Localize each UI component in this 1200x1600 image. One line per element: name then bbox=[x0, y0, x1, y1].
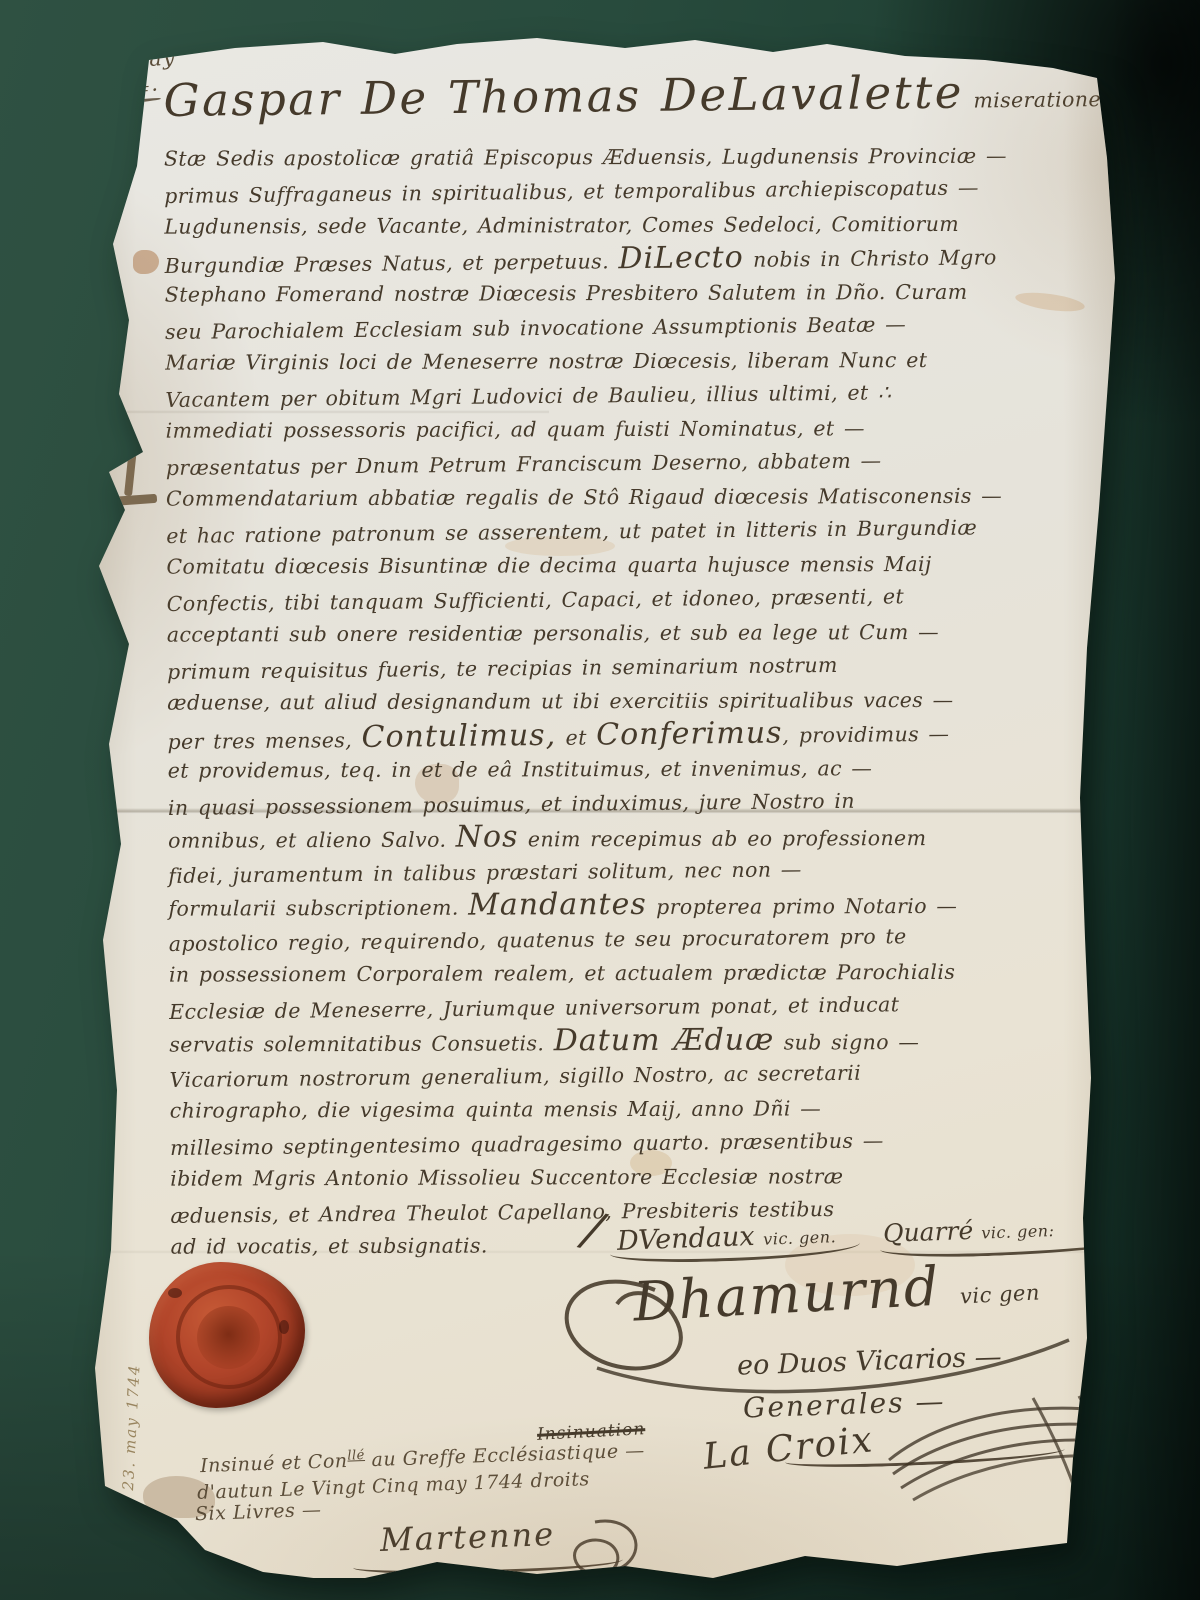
manuscript-text: seu Parochialem Ecclesiam sub invocation… bbox=[165, 312, 906, 344]
manuscript-text: immediati possessoris pacifici, ad quam … bbox=[166, 416, 865, 442]
manuscript-text: Lugdunensis, sede Vacante, Administrator… bbox=[164, 212, 959, 239]
manuscript-text: formularii subscriptionem. bbox=[168, 896, 468, 921]
manuscript-text: omnibus, et alieno Salvo. bbox=[168, 828, 456, 853]
registry-line1-pre: Insinué et Con bbox=[200, 1450, 348, 1477]
signature-duos-vicarios: eo Duos Vicarios — bbox=[737, 1341, 1003, 1381]
martenne-underline bbox=[353, 1552, 623, 1576]
manuscript-text: Datum Æduæ bbox=[554, 1023, 775, 1059]
registry-line1-post: au Greffe Ecclésiastique — bbox=[365, 1440, 645, 1472]
manuscript-text: Confectis, tibi tanquam Sufficienti, Cap… bbox=[167, 584, 905, 616]
manuscript-text: nobis in Christo Mgro bbox=[744, 245, 997, 272]
manuscript-text: et bbox=[556, 725, 596, 749]
document-lines: Gaspar De Thomas DeLavalette miseratione… bbox=[163, 49, 1115, 1265]
manuscript-text: Nos bbox=[456, 819, 519, 854]
seal-fleck bbox=[279, 1320, 289, 1334]
manuscript-text: apostolico regio, requirendo, quatenus t… bbox=[169, 924, 907, 956]
manuscript-text: DiLecto bbox=[618, 240, 744, 276]
signature-generales: Generales — bbox=[742, 1384, 945, 1424]
manuscript-text: enim recepimus ab eo professionem bbox=[518, 826, 926, 851]
signature-grand-title: vic gen bbox=[959, 1280, 1040, 1308]
manuscript-text: in quasi possessionem posuimus, et indux… bbox=[168, 789, 855, 820]
manuscript-text: Mariæ Virginis loci de Meneserre nostræ … bbox=[165, 348, 927, 375]
manuscript-text: servatis solemnitatibus Consuetis. bbox=[169, 1031, 553, 1056]
manuscript-text: per tres menses, bbox=[167, 728, 361, 754]
manuscript-text: Conferimus bbox=[596, 716, 783, 753]
manuscript-text: ibidem Mgris Antonio Missolieu Succentor… bbox=[170, 1164, 843, 1190]
signature-grand-name: Dhamurnd bbox=[632, 1255, 942, 1334]
ink-stroke bbox=[124, 438, 138, 497]
manuscript-text: Contulimus, bbox=[361, 718, 556, 755]
margin-ink-mark bbox=[99, 438, 171, 524]
manuscript-text: æduense, aut aliud designandum ut ibi ex… bbox=[167, 688, 953, 715]
manuscript-text: Commendatarium abbatiæ regalis de Stô Ri… bbox=[166, 484, 1002, 511]
manuscript-text: in possessionem Corporalem realem, et ac… bbox=[169, 960, 955, 987]
manuscript-text: chirographo, die vigesima quinta mensis … bbox=[170, 1096, 821, 1122]
manuscript-text: Stephano Fomerand nostræ Diœcesis Presbi… bbox=[165, 280, 968, 307]
manuscript-text: et providemus, teq. in et de eâ Institui… bbox=[168, 756, 873, 782]
registry-line1-sup: llé bbox=[347, 1448, 365, 1464]
manuscript-text: millesimo septingentesimo quadragesimo q… bbox=[170, 1128, 884, 1159]
manuscript-text: Vacantem per obitum Mgri Ludovici de Bau… bbox=[165, 380, 891, 412]
margin-date-underline bbox=[95, 97, 161, 107]
manuscript-text: primum requisitus fueris, te recipias in… bbox=[167, 653, 838, 684]
side-date-note: 23. may 1744 bbox=[119, 1363, 144, 1491]
manuscript-text: , providimus — bbox=[782, 722, 949, 748]
manuscript-text: sub signo — bbox=[774, 1030, 919, 1055]
photo-background: + 23 may 1744. 23. may 1744 Gaspar De Th… bbox=[0, 0, 1200, 1600]
manuscript-text: Stæ Sedis apostolicæ gratiâ Episcopus Æd… bbox=[164, 144, 1007, 171]
manuscript-text: Ecclesiæ de Meneserre, Juriumque univers… bbox=[169, 992, 899, 1024]
manuscript-text: præsentatus per Dnum Petrum Franciscum D… bbox=[166, 448, 882, 479]
manuscript-text: Mandantes bbox=[468, 887, 647, 923]
manuscript-text: et hac ratione patronum se asserentem, u… bbox=[166, 515, 977, 547]
manuscript-text: primus Suffraganeus in spiritualibus, et… bbox=[164, 175, 979, 208]
paper-stain bbox=[133, 250, 159, 274]
seal-center-impression bbox=[197, 1306, 259, 1369]
manuscript-text: Comitatu diœcesis Bisuntinæ die decima q… bbox=[166, 552, 931, 579]
manuscript-text: acceptanti sub onere residentiæ personal… bbox=[167, 620, 939, 647]
manuscript-text: ad id vocatis, et subsignatis. bbox=[171, 1234, 488, 1259]
registry-line3: Six Livres — bbox=[195, 1499, 322, 1525]
manuscript-line: Gaspar De Thomas DeLavalette miseratione… bbox=[163, 47, 1109, 145]
ink-stroke bbox=[95, 494, 157, 507]
seal-fleck bbox=[168, 1288, 182, 1298]
background-shadow bbox=[1110, 0, 1200, 1600]
red-wax-seal bbox=[149, 1262, 305, 1408]
manuscript-text: Gaspar De Thomas DeLavalette bbox=[163, 66, 964, 127]
paper-wrap: + 23 may 1744. 23. may 1744 Gaspar De Th… bbox=[85, 38, 1115, 1578]
signature-grand-vicar: Dhamurnd vic gen bbox=[632, 1249, 1041, 1333]
manuscript-text: Burgundiæ Præses Natus, et perpetuus. bbox=[164, 249, 618, 278]
manuscript-text: Vicariorum nostrorum generalium, sigillo… bbox=[169, 1061, 861, 1092]
manuscript-text: propterea primo Notario — bbox=[647, 894, 958, 919]
document-paper: + 23 may 1744. 23. may 1744 Gaspar De Th… bbox=[85, 38, 1115, 1578]
manuscript-text: fidei, juramentum in talibus præstari so… bbox=[168, 857, 802, 888]
